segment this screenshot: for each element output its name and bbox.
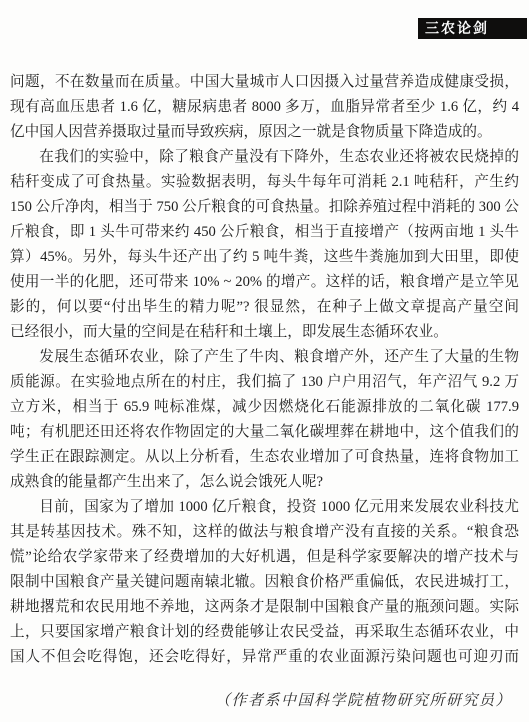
- text-line: 立方米，相当于 65.9 吨标准煤，减少因燃烧化石能源排放的二氧化碳 177.9: [10, 395, 519, 420]
- text-line: 上，只要国家增产粮食计划的经费能够让农民受益，再采取生态循环农业，中: [10, 620, 519, 645]
- text-line: 质能源。在实验地点所在的村庄，我们搞了 130 户户用沼气，年产沼气 9.2 万: [10, 370, 519, 395]
- text-line: 其是转基因技术。殊不知，这样的做法与粮食增产没有直接的关系。“粮食恐: [10, 520, 519, 545]
- text-line: 现有高血压患者 1.6 亿，糖尿病患者 8000 多万，血脂异常者至少 1.6 …: [10, 95, 519, 120]
- text-line: 在我们的实验中，除了粮食产量没有下降外，生态农业还将被农民烧掉的: [10, 145, 519, 170]
- text-line: 成熟食的能量都产生出来了，怎么说会饿死人呢?: [10, 470, 519, 495]
- text-line: 耕地撂荒和农民用地不养地，这两条才是限制中国粮食产量的瓶颈问题。实际: [10, 595, 519, 620]
- article-body: 问题，不在数量而在质量。中国大量城市人口因摄入过量营养造成健康受损， 现有高血压…: [10, 70, 519, 670]
- text-line: 吨；有机肥还田还将农作物固定的大量二氧化碳埋葬在耕地中，这个值我们的: [10, 420, 519, 445]
- text-line: 算）45%。另外，每头牛还产出了约 5 吨牛粪，这些牛粪施加到大田里，即使: [10, 245, 519, 270]
- text-line: 使用一半的化肥，还可带来 10% ~ 20% 的增产。这样的话，粮食增产是立竿见: [10, 270, 519, 295]
- text-line: 国人不但会吃得饱，还会吃得好，异常严重的农业面源污染问题也可迎刃而解。: [10, 645, 519, 670]
- text-line: 影的，何以要“付出毕生的精力呢”? 很显然，在种子上做文章提高产量空间: [10, 295, 519, 320]
- text-line: 秸秆变成了可食热量。实验数据表明，每头牛每年可消耗 2.1 吨秸秆，产生约: [10, 170, 519, 195]
- text-line: 斤粮食，即 1 头牛可带来约 450 公斤粮食，相当于直接增产（按两亩地 1 头…: [10, 220, 519, 245]
- document-page: 三农论剑 问题，不在数量而在质量。中国大量城市人口因摄入过量营养造成健康受损， …: [0, 0, 529, 722]
- text-line: 已经很小，而大量的空间是在秸秆和土壤上，即发展生态循环农业。: [10, 320, 519, 345]
- author-byline: （作者系中国科学院植物研究所研究员）: [215, 689, 512, 710]
- section-tag: 三农论剑: [418, 18, 527, 39]
- text-line: 学生正在跟踪测定。从以上分析看，生态农业增加了可食热量，连将食物加工: [10, 445, 519, 470]
- text-line: 慌”论给农学家带来了经费增加的大好机遇，但是科学家要解决的增产技术与: [10, 545, 519, 570]
- text-line: 目前，国家为了增加 1000 亿斤粮食，投资 1000 亿元用来发展农业科技尤: [10, 495, 519, 520]
- text-line: 发展生态循环农业，除了产生了牛肉、粮食增产外，还产生了大量的生物: [10, 345, 519, 370]
- text-line: 限制中国粮食产量关键问题南辕北辙。因粮食价格严重偏低，农民进城打工，: [10, 570, 519, 595]
- text-line: 问题，不在数量而在质量。中国大量城市人口因摄入过量营养造成健康受损，: [10, 70, 519, 95]
- section-tag-label: 三农论剑: [425, 20, 489, 36]
- text-line: 亿中国人因营养摄取过量而导致疾病，原因之一就是食物质量下降造成的。: [10, 120, 519, 145]
- text-line: 150 公斤净肉，相当于 750 公斤粮食的可食热量。扣除养殖过程中消耗的 30…: [10, 195, 519, 220]
